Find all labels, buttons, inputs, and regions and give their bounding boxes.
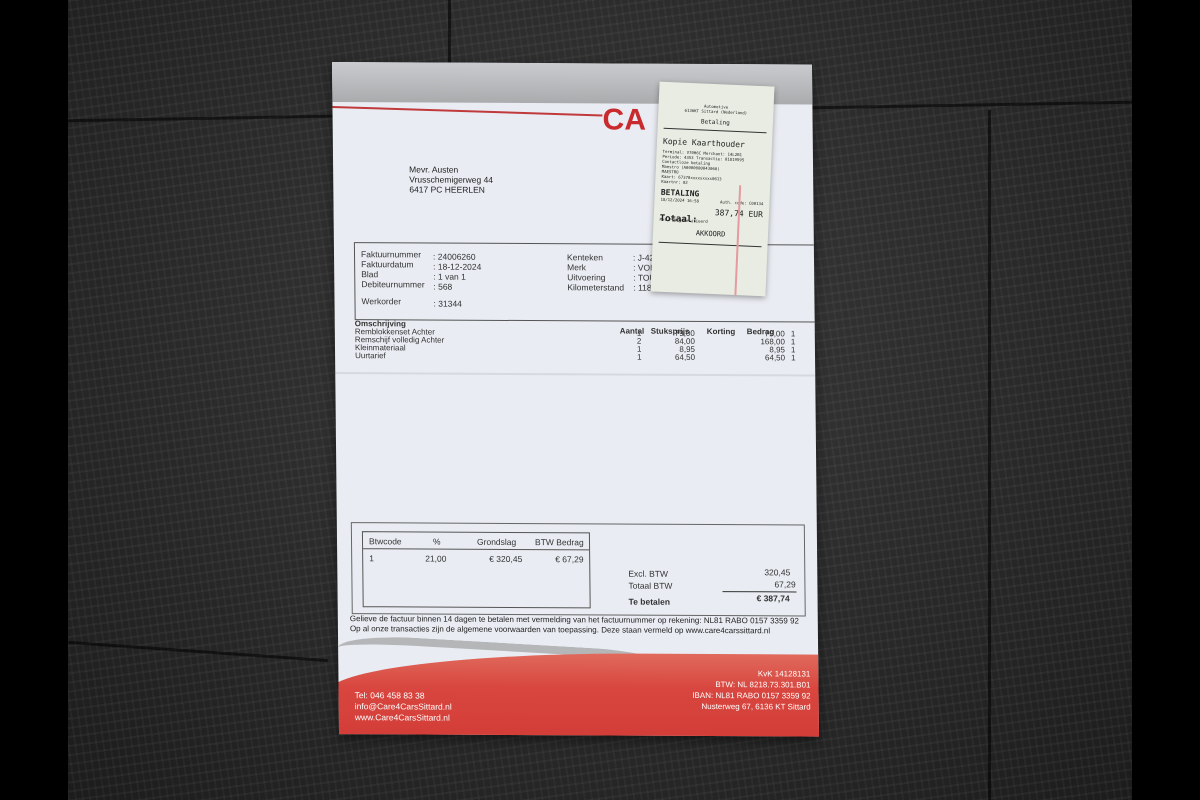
line-items: Omschrijving Aantal Stuksprijs Korting B… [355, 320, 795, 362]
kvk-number: KvK 14128131 [692, 668, 810, 680]
details-right-labels: Kenteken Merk Uitvoering Kilometerstand [567, 252, 624, 292]
recipient-city: 6417 PC HEERLEN [409, 184, 493, 194]
seat-seam [988, 110, 991, 800]
vat-table-row: 1 21,00 € 320,45 € 67,29 [363, 549, 589, 564]
phone: Tel: 046 458 83 38 [355, 690, 452, 702]
recipient-street: Vrusschemigerweg 44 [409, 174, 493, 184]
website: www.Care4CarsSittard.nl [355, 712, 452, 724]
item-unit-price: 64,50 [675, 354, 695, 362]
excl-vat-label: Excl. BTW [628, 569, 668, 579]
item-amount: 64,50 [765, 354, 785, 362]
recipient-address: Mevr. Austen Vrusschemigerweg 44 6417 PC… [409, 164, 493, 194]
invoice-date: : 18-12-2024 [433, 262, 481, 272]
iban: IBAN: NL81 RABO 0157 3359 92 [692, 690, 810, 702]
recipient-name: Mevr. Austen [409, 164, 493, 174]
label: Kenteken [567, 252, 624, 262]
footer-contact: Tel: 046 458 83 38 info@Care4CarsSittard… [355, 690, 452, 724]
total-vat-value: 67,29 [774, 579, 795, 589]
totals-box: Btwcode % Grondslag BTW Bedrag 1 21,00 €… [351, 522, 806, 616]
invoice-number: : 24006260 [433, 252, 481, 262]
werkorder-label: Werkorder [361, 296, 424, 306]
label: Debiteurnummer [361, 279, 424, 289]
terms-note: Op al onze transacties zijn de algemene … [350, 624, 799, 636]
receipt-copy-label: Kopie Kaarthouder [663, 137, 766, 150]
amount-due-value: € 387,74 [757, 593, 790, 603]
vat-number: BTW: NL 8218.73.301.B01 [692, 679, 810, 691]
item-code: 1 [791, 354, 796, 362]
label: Blad [361, 269, 424, 279]
receipt-divider [664, 128, 767, 133]
company-logo: CA [602, 103, 646, 137]
label: Kilometerstand [567, 282, 624, 292]
totals-divider [722, 591, 796, 592]
receipt-type: Betaling [658, 117, 773, 129]
receipt-divider [659, 242, 762, 247]
amount-due-label: Te betalen [629, 597, 671, 607]
page-number: : 1 van 1 [433, 272, 481, 282]
email: info@Care4CarsSittard.nl [355, 701, 452, 713]
vat-table-header: Btwcode % Grondslag BTW Bedrag [363, 532, 589, 550]
item-qty: 1 [637, 354, 642, 362]
details-left-labels: Faktuurnummer Faktuurdatum Blad Debiteur… [361, 249, 425, 306]
label: Merk [567, 262, 624, 272]
werkorder-value: : 31344 [433, 299, 481, 309]
details-left-values: : 24006260 : 18-12-2024 : 1 van 1 : 568 … [433, 252, 482, 309]
receipt-status: AKKOORD [653, 227, 768, 240]
company-address: Nusterweg 67, 6136 KT Sittard [692, 701, 810, 713]
pin-receipt: Automotive 6136KT Sittard (Nederland) Be… [650, 82, 774, 297]
excl-vat-value: 320,45 [764, 567, 790, 577]
label: Faktuurnummer [361, 249, 424, 259]
header-red-line [332, 106, 602, 116]
label: Uitvoering [567, 272, 624, 282]
paper-fold [335, 372, 815, 377]
total-vat-label: Totaal BTW [628, 581, 672, 591]
footer-company-info: KvK 14128131 BTW: NL 8218.73.301.B01 IBA… [692, 668, 811, 713]
vat-table: Btwcode % Grondslag BTW Bedrag 1 21,00 €… [362, 531, 591, 608]
receipt-meta: Terminal: V70H6C Merchant: 14L2B1Periode… [661, 149, 765, 188]
debtor-number: : 568 [433, 282, 481, 292]
item-description: Uurtarief [355, 352, 386, 360]
receipt-total: Totaal: 387,74 EUR [660, 206, 763, 221]
label: Faktuurdatum [361, 259, 424, 269]
line-item-row: Uurtarief164,5064,501 [355, 352, 795, 362]
payment-notes: Gelieve de factuur binnen 14 dagen te be… [350, 614, 799, 636]
seat-seam [68, 641, 328, 662]
